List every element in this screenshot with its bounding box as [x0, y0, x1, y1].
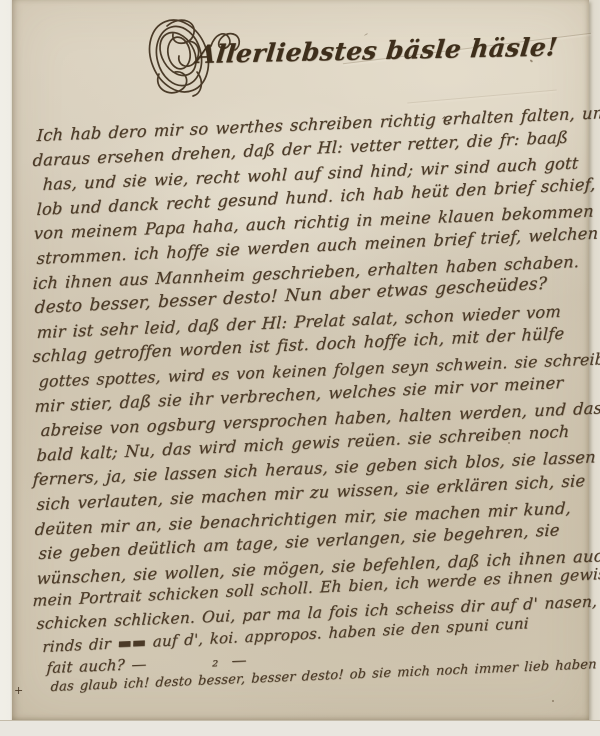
paper-speck [140, 176, 142, 178]
paper-speck [42, 306, 44, 308]
paper-speck [68, 642, 71, 644]
paper-speck [508, 442, 510, 444]
margin-cross-icon: + [14, 684, 23, 697]
letter-body: Ich hab dero mir so werthes schreiben ri… [30, 126, 590, 700]
scan-edge [0, 720, 600, 736]
salutation: Allerliebstes bäsle häsle! [195, 32, 559, 69]
paper-speck [552, 700, 554, 702]
letter-page: Allerliebstes bäsle häsle! ˆ· + Ich hab … [12, 0, 589, 721]
scanned-letter: Allerliebstes bäsle häsle! ˆ· + Ich hab … [0, 0, 600, 736]
paper-crease [407, 89, 557, 103]
